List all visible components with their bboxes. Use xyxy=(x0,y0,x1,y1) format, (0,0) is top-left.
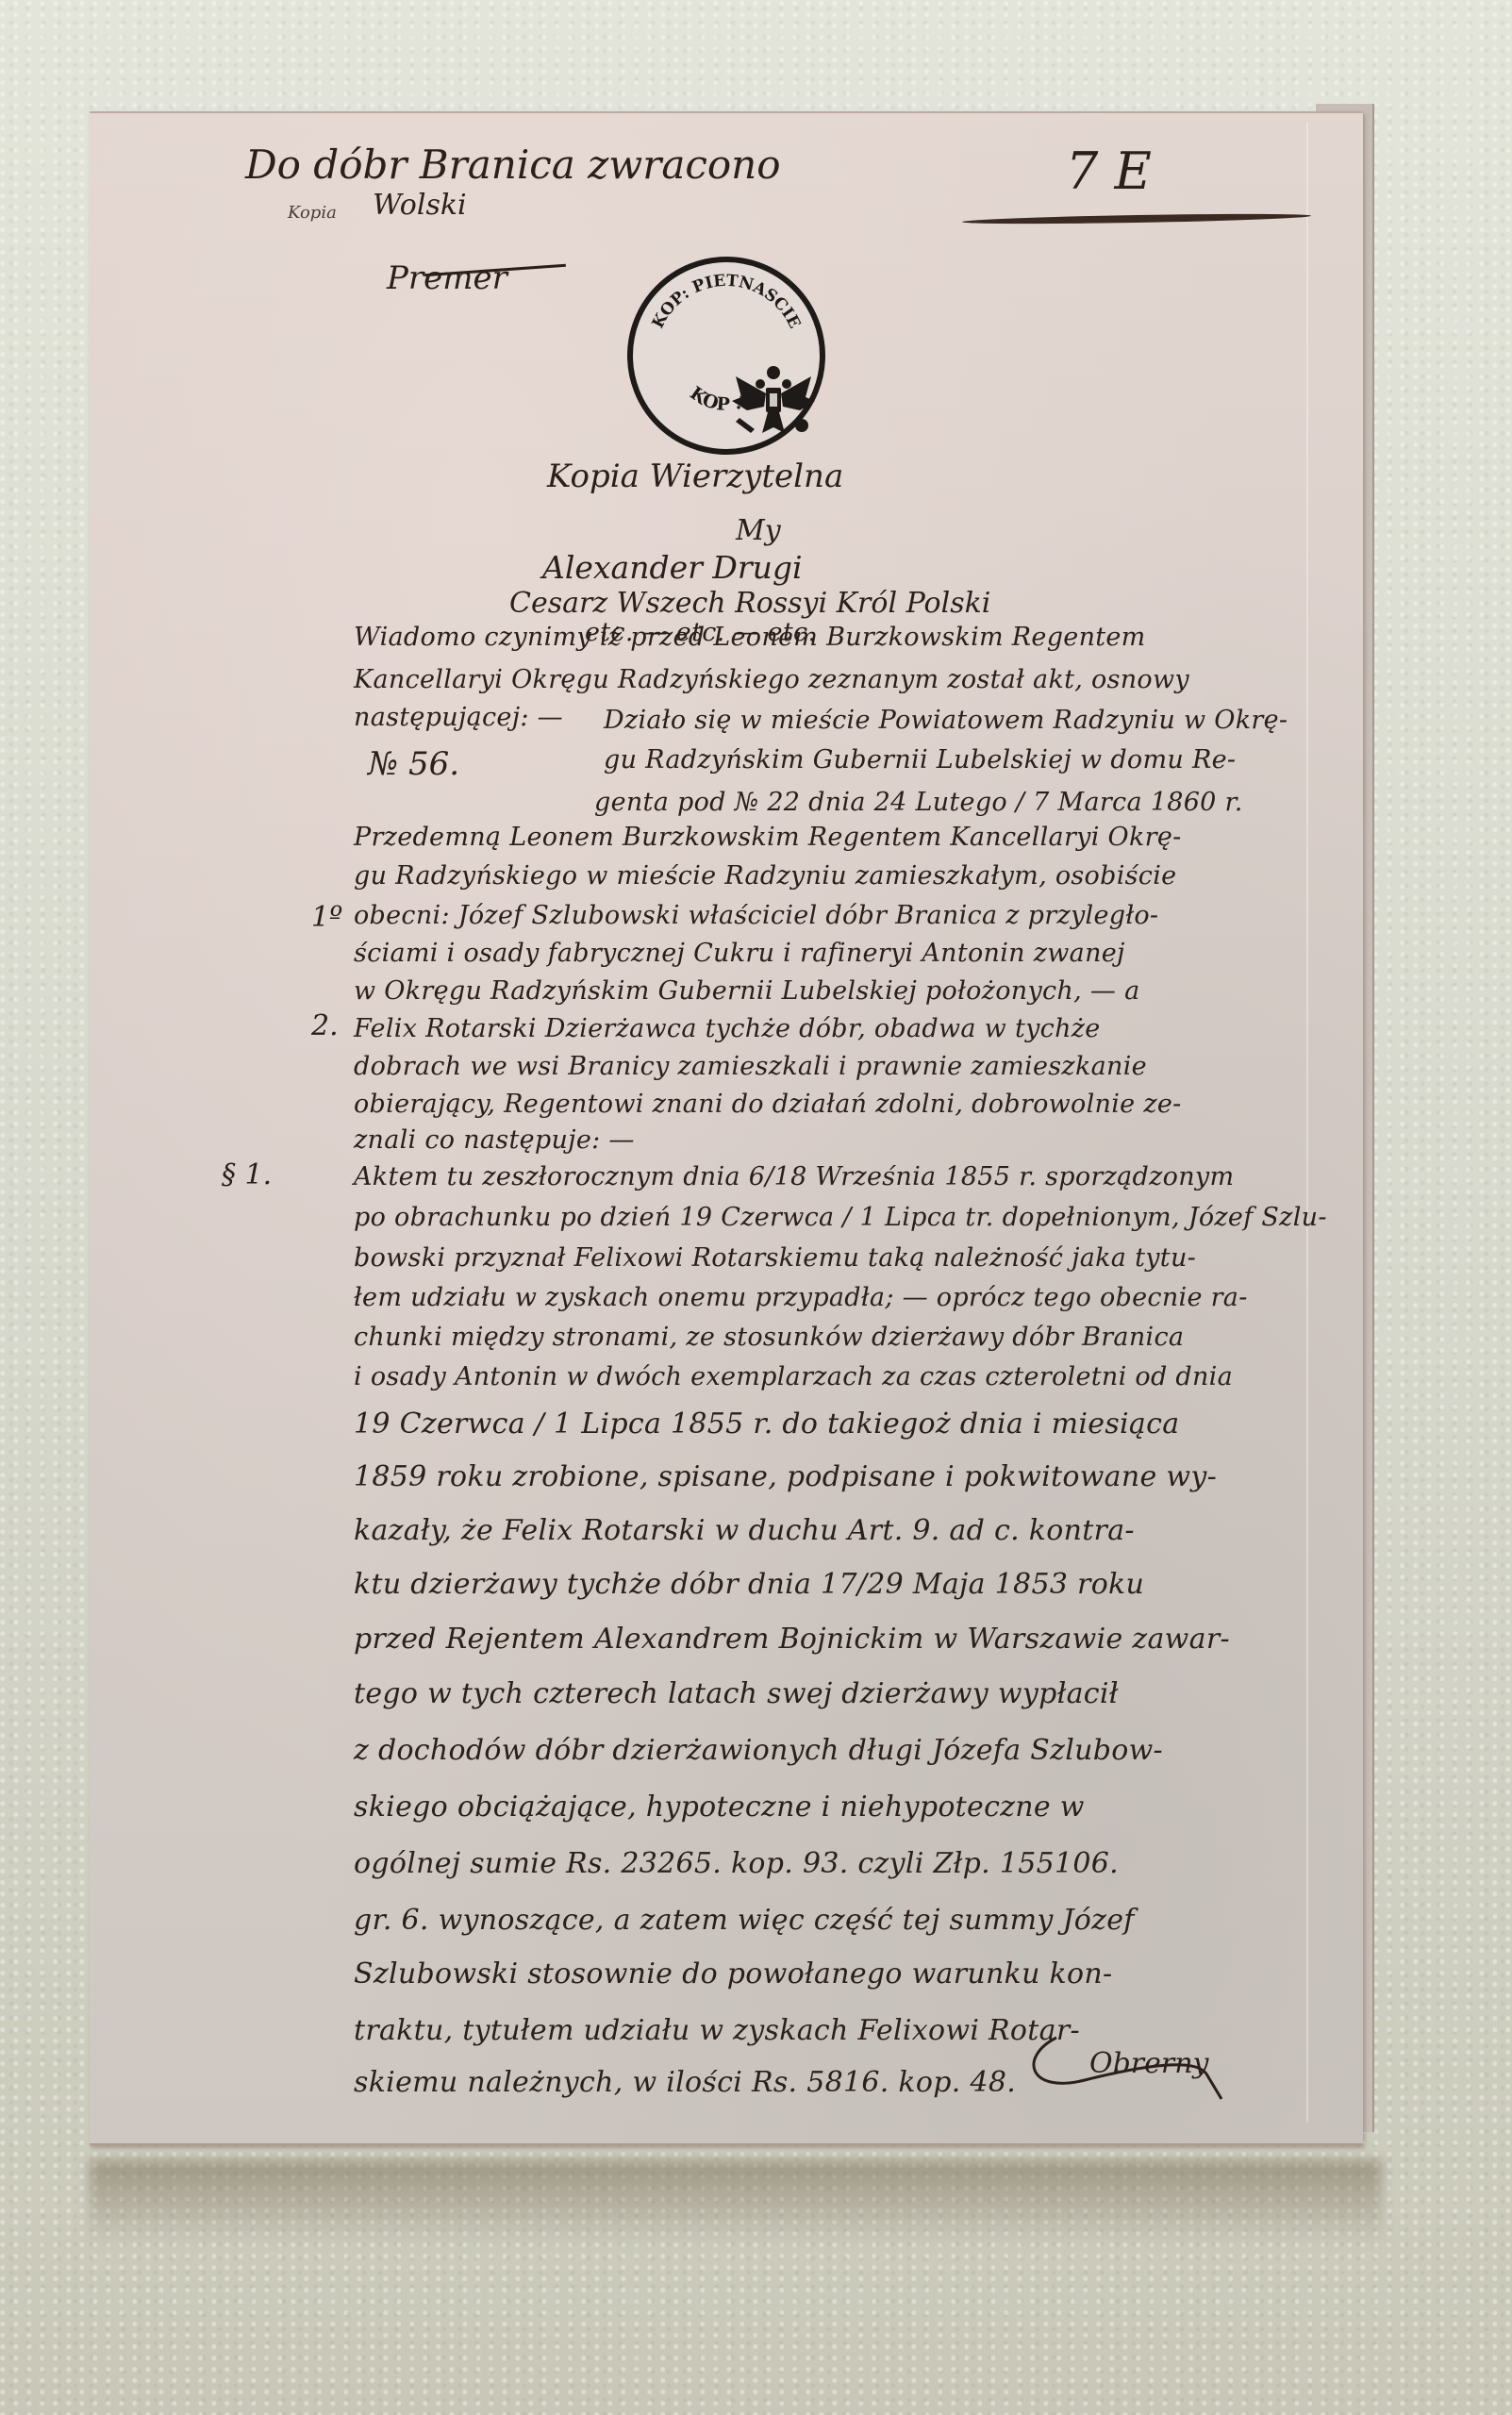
monarch-name: Alexander Drugi xyxy=(542,549,803,586)
body-line: z dochodów dóbr dzierżawionych długi Józ… xyxy=(354,1734,1163,1767)
body-line: w Okręgu Radzyńskim Gubernii Lubelskiej … xyxy=(354,976,1139,1006)
body-line: 19 Czerwca / 1 Lipca 1855 r. do takiegoż… xyxy=(354,1407,1179,1441)
body-line: znali co następuje: — xyxy=(354,1125,635,1155)
body-line: łem udziału w zyskach onemu przypadła; —… xyxy=(354,1283,1248,1312)
body-line: 1859 roku zrobione, spisane, podpisane i… xyxy=(354,1460,1217,1493)
body-line: chunki między stronami, ze stosunków dzi… xyxy=(354,1323,1184,1352)
body-line: gu Radzyńskiego w mieście Radzyniu zamie… xyxy=(354,861,1176,891)
heading-my: My xyxy=(736,514,781,547)
svg-text:KOP: PIETNASCIE: KOP: PIETNASCIE xyxy=(649,272,805,332)
tax-stamp: KOP: PIETNASCIE KOP :15 xyxy=(627,257,825,455)
body-line: kazały, że Felix Rotarski w duchu Art. 9… xyxy=(354,1514,1135,1547)
header-annotation: Wolski xyxy=(373,189,467,222)
body-line: Działo się w mieście Powiatowem Radzyniu… xyxy=(604,706,1288,735)
body-line: Szlubowski stosownie do powołanego warun… xyxy=(354,1957,1112,1990)
body-line: skiemu należnych, w ilości Rs. 5816. kop… xyxy=(354,2066,1016,2099)
kopia-note: Kopia xyxy=(288,203,337,223)
body-line: ktu dzierżawy tychże dóbr dnia 17/29 Maj… xyxy=(354,1568,1144,1601)
document-number: № 56. xyxy=(368,745,459,783)
header-title-line: Do dóbr Branica zwracono xyxy=(245,142,781,188)
body-line: gr. 6. wynoszące, a zatem więc część tej… xyxy=(354,1904,1135,1937)
margin-section-1: § 1. xyxy=(222,1158,272,1191)
body-line: traktu, tytułem udziału w zyskach Felixo… xyxy=(354,2014,1080,2047)
body-line: ogólnej sumie Rs. 23265. kop. 93. czyli … xyxy=(354,1847,1119,1880)
body-line: Wiadomo czynimy iż przed Leonem Burzkows… xyxy=(354,623,1146,652)
body-line: gu Radzyńskim Gubernii Lubelskiej w domu… xyxy=(604,745,1236,774)
body-line: tego w tych czterech latach swej dzierża… xyxy=(354,1677,1119,1710)
margin-item-1: 1º xyxy=(311,901,342,934)
body-line: Aktem tu zeszłorocznym dnia 6/18 Wrześni… xyxy=(354,1162,1234,1191)
body-line: dobrach we wsi Branicy zamieszkali i pra… xyxy=(354,1052,1147,1081)
body-line: genta pod № 22 dnia 24 Lutego / 7 Marca … xyxy=(594,788,1243,817)
body-line: po obrachunku po dzień 19 Czerwca / 1 Li… xyxy=(354,1203,1327,1232)
closing-flourish xyxy=(1019,2028,1236,2104)
body-line: obierający, Regentowi znani do działań z… xyxy=(354,1090,1182,1119)
body-line: przed Rejentem Alexandrem Bojnickim w Wa… xyxy=(354,1623,1230,1656)
body-line: ściami i osady fabrycznej Cukru i rafine… xyxy=(354,939,1125,968)
document-title: Kopia Wierzytelna xyxy=(547,458,843,495)
margin-item-2: 2. xyxy=(311,1009,339,1042)
body-line: następującej: — xyxy=(354,703,563,732)
body-line: Kancellaryi Okręgu Radzyńskiego zeznanym… xyxy=(354,665,1189,694)
body-line: bowski przyznał Felixowi Rotarskiemu tak… xyxy=(354,1243,1196,1273)
body-line: Przedemną Leonem Burzkowskim Regentem Ka… xyxy=(354,823,1182,852)
body-line: skiego obciążające, hypoteczne i niehypo… xyxy=(354,1790,1085,1824)
fold-line xyxy=(1306,123,1308,2123)
body-line: Felix Rotarski Dzierżawca tychże dóbr, o… xyxy=(354,1014,1101,1043)
folio-mark: 7 E xyxy=(1066,142,1152,201)
body-line: obecni: Józef Szlubowski właściciel dóbr… xyxy=(354,901,1158,930)
paper-shadow xyxy=(90,2160,1382,2245)
monarch-titles: Cesarz Wszech Rossyi Król Polski xyxy=(509,587,990,620)
body-line: i osady Antonin w dwóch exemplarzach za … xyxy=(354,1362,1233,1391)
top-signature: Premer xyxy=(387,259,507,297)
